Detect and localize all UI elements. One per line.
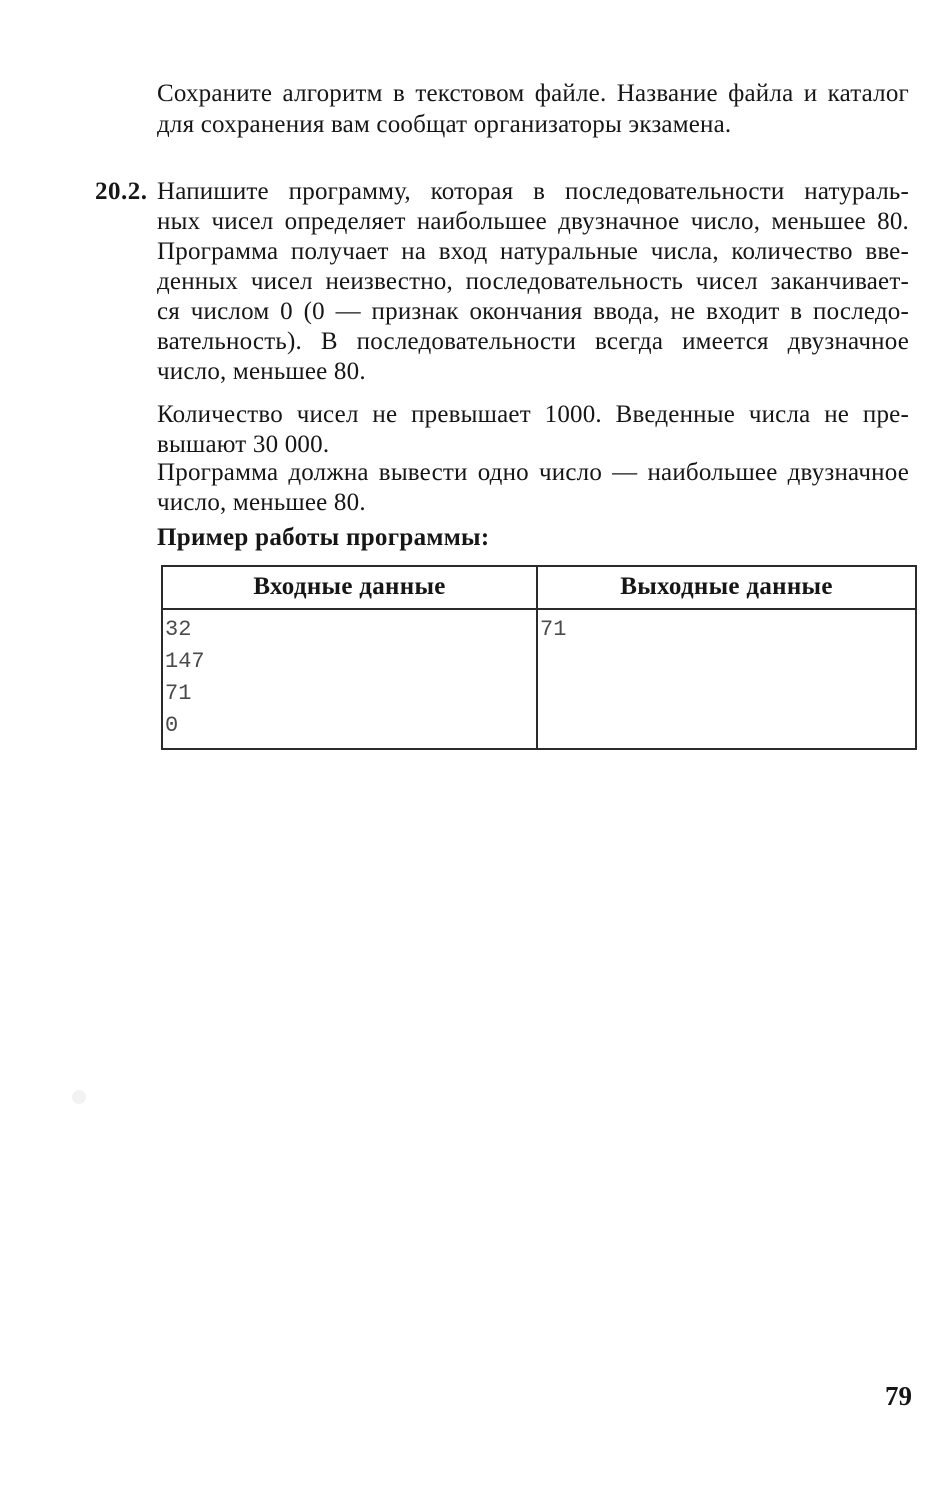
- text-line: ся числом 0 (0 — признак окончания ввода…: [157, 297, 909, 327]
- constraints-paragraph: Количество чисел не превышает 1000. Введ…: [157, 400, 909, 460]
- text-line: вательность). В последовательности всегд…: [157, 327, 909, 357]
- example-heading: Пример работы программы:: [157, 524, 490, 552]
- scanned-textbook-page: Сохраните алгоритм в текстовом файле. На…: [0, 0, 945, 1500]
- output-value: 71: [540, 614, 913, 646]
- text-line: Программа получает на вход натуральные ч…: [157, 237, 909, 267]
- text-line: денных чисел неизвестно, последовательно…: [157, 267, 909, 297]
- input-value: 0: [165, 710, 534, 742]
- table-body-row: 32 147 71 0 71: [163, 610, 915, 748]
- table-header-row: Входные данные Выходные данные: [163, 567, 915, 610]
- output-spec-paragraph: Программа должна вывести одно число — на…: [157, 458, 909, 518]
- text-line: вышают 30 000.: [157, 430, 909, 460]
- input-value: 71: [165, 678, 534, 710]
- page-number: 79: [885, 1381, 912, 1412]
- problem-section: 20.2. Напишите программу, которая в посл…: [157, 177, 909, 387]
- text-line: Программа должна вывести одно число — на…: [157, 458, 909, 488]
- table-header-input: Входные данные: [163, 567, 538, 608]
- text-line: число, меньшее 80.: [157, 488, 909, 518]
- table-header-output: Выходные данные: [538, 567, 915, 608]
- input-value: 32: [165, 614, 534, 646]
- problem-number: 20.2.: [95, 177, 148, 207]
- example-table: Входные данные Выходные данные 32 147 71…: [161, 565, 917, 750]
- intro-paragraph: Сохраните алгоритм в текстовом файле. На…: [157, 78, 909, 140]
- output-data-cell: 71: [538, 610, 915, 748]
- scan-artifact: [72, 1090, 86, 1104]
- input-value: 147: [165, 646, 534, 678]
- text-line: ных чисел определяет наибольшее двузначн…: [157, 207, 909, 237]
- text-line: число, меньшее 80.: [157, 357, 909, 387]
- text-line: Количество чисел не превышает 1000. Введ…: [157, 400, 909, 430]
- text-line: для сохранения вам сообщат организаторы …: [157, 109, 909, 140]
- text-line: Напишите программу, которая в последоват…: [157, 177, 909, 207]
- text-line: Сохраните алгоритм в текстовом файле. На…: [157, 78, 909, 109]
- input-data-cell: 32 147 71 0: [163, 610, 538, 748]
